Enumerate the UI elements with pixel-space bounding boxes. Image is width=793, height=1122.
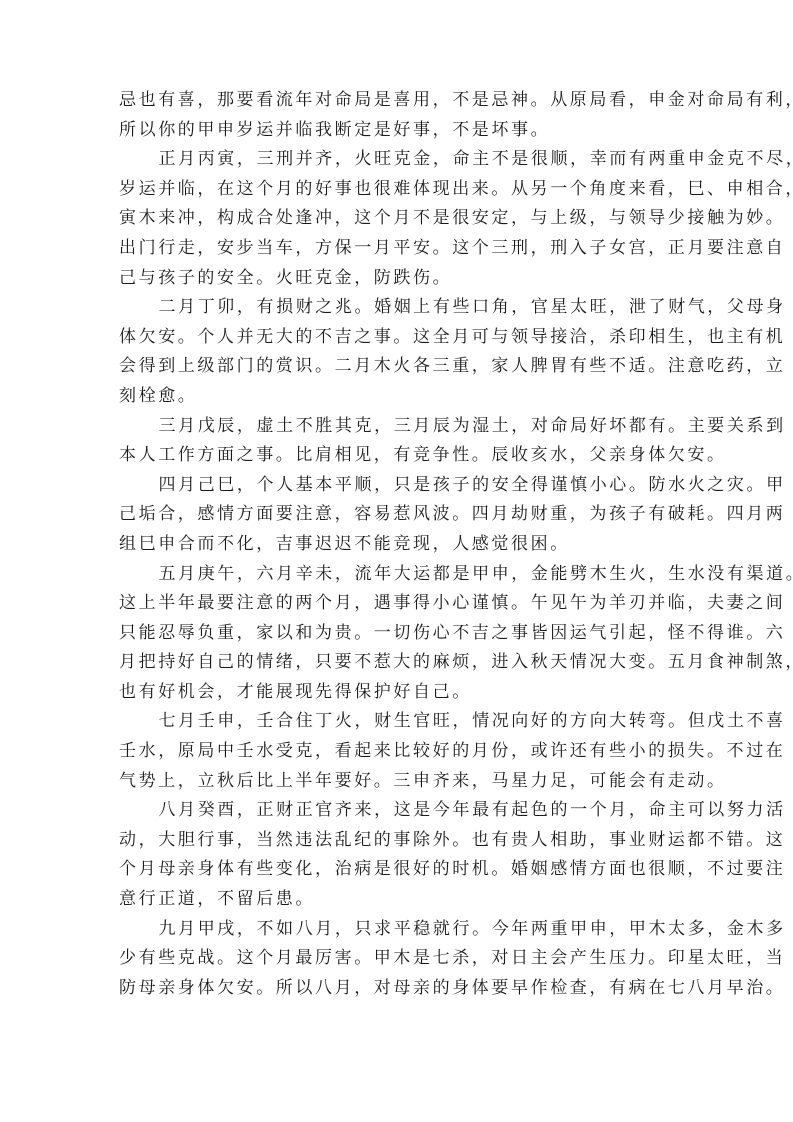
- text-line: 四月己巳，个人基本平顺，只是孩子的安全得谨慎小心。防水火之灾。甲: [119, 471, 679, 501]
- text-line: 少有些克战。这个月最厉害。甲木是七杀，对日主会产生压力。印星太旺，当: [119, 944, 679, 974]
- text-line: 只能忍辱负重，家以和为贵。一切伤心不吉之事皆因运气引起，怪不得谁。六: [119, 619, 679, 649]
- paragraph: 七月壬申，壬合住丁火，财生官旺，情况向好的方向大转弯。但戊土不喜 壬水，原局中壬…: [119, 707, 679, 796]
- document-page: 忌也有喜，那要看流年对命局是喜用，不是忌神。从原局看，申金对命局有利， 所以你的…: [0, 0, 793, 1122]
- text-line: 八月癸酉，正财正官齐来，这是今年最有起色的一个月，命主可以努力活: [119, 796, 679, 826]
- text-line: 会得到上级部门的赏识。二月木火各三重，家人脾胃有些不适。注意吃药，立: [119, 352, 679, 382]
- paragraph: 正月丙寅，三刑并齐，火旺克金，命主不是很顺，幸而有两重申金克不尽， 岁运并临，在…: [119, 145, 679, 293]
- text-line: 这上半年最要注意的两个月，遇事得小心谨慎。午见午为羊刃并临，夫妻之间: [119, 589, 679, 619]
- text-line: 意行正道，不留后患。: [119, 885, 679, 915]
- text-line: 体欠安。个人并无大的不吉之事。这全月可与领导接洽，杀印相生，也主有机: [119, 323, 679, 353]
- text-line: 三月戊辰，虚土不胜其克，三月辰为湿土，对命局好坏都有。主要关系到: [119, 412, 679, 442]
- text-line: 组巳申合而不化，吉事迟迟不能竞现，人感觉很困。: [119, 530, 679, 560]
- text-line: 出门行走，安步当车，方保一月平安。这个三刑，刑入子女宫，正月要注意自: [119, 234, 679, 264]
- text-line: 月把持好自己的情绪，只要不惹大的麻烦，进入秋天情况大变。五月食神制煞，: [119, 648, 679, 678]
- paragraph: 三月戊辰，虚土不胜其克，三月辰为湿土，对命局好坏都有。主要关系到 本人工作方面之…: [119, 412, 679, 471]
- paragraph: 四月己巳，个人基本平顺，只是孩子的安全得谨慎小心。防水火之灾。甲 己垢合，感情方…: [119, 471, 679, 560]
- paragraph: 九月甲戌，不如八月，只求平稳就行。今年两重甲申，甲木太多，金木多 少有些克战。这…: [119, 915, 679, 1004]
- text-line: 所以你的甲申岁运并临我断定是好事，不是坏事。: [119, 116, 679, 146]
- text-line: 气势上，立秋后比上半年要好。三申齐来，马星力足，可能会有走动。: [119, 767, 679, 797]
- text-line: 寅木来冲，构成合处逢冲，这个月不是很安定，与上级，与领导少接触为妙。: [119, 204, 679, 234]
- text-line: 己垢合，感情方面要注意，容易惹风波。四月劫财重，为孩子有破耗。四月两: [119, 500, 679, 530]
- text-line: 二月丁卯，有损财之兆。婚姻上有些口角，官星太旺，泄了财气，父母身: [119, 293, 679, 323]
- text-line: 七月壬申，壬合住丁火，财生官旺，情况向好的方向大转弯。但戊土不喜: [119, 707, 679, 737]
- text-line: 忌也有喜，那要看流年对命局是喜用，不是忌神。从原局看，申金对命局有利，: [119, 86, 679, 116]
- text-line: 个月母亲身体有些变化，治病是很好的时机。婚姻感情方面也很顺，不过要注: [119, 855, 679, 885]
- text-line: 己与孩子的安全。火旺克金，防跌伤。: [119, 264, 679, 294]
- text-line: 动，大胆行事，当然违法乱纪的事除外。也有贵人相助，事业财运都不错。这: [119, 826, 679, 856]
- text-line: 五月庚午，六月辛未，流年大运都是甲申，金能劈木生火，生水没有渠道。: [119, 560, 679, 590]
- text-line: 正月丙寅，三刑并齐，火旺克金，命主不是很顺，幸而有两重申金克不尽，: [119, 145, 679, 175]
- paragraph: 忌也有喜，那要看流年对命局是喜用，不是忌神。从原局看，申金对命局有利， 所以你的…: [119, 86, 679, 145]
- text-line: 本人工作方面之事。比肩相见，有竞争性。辰收亥水，父亲身体欠安。: [119, 441, 679, 471]
- text-line: 岁运并临，在这个月的好事也很难体现出来。从另一个角度来看，巳、申相合，: [119, 175, 679, 205]
- paragraph: 二月丁卯，有损财之兆。婚姻上有些口角，官星太旺，泄了财气，父母身 体欠安。个人并…: [119, 293, 679, 411]
- text-line: 九月甲戌，不如八月，只求平稳就行。今年两重甲申，甲木太多，金木多: [119, 915, 679, 945]
- document-body: 忌也有喜，那要看流年对命局是喜用，不是忌神。从原局看，申金对命局有利， 所以你的…: [119, 86, 679, 1003]
- paragraph: 八月癸酉，正财正官齐来，这是今年最有起色的一个月，命主可以努力活 动，大胆行事，…: [119, 796, 679, 914]
- text-line: 壬水，原局中壬水受克，看起来比较好的月份，或许还有些小的损失。不过在: [119, 737, 679, 767]
- text-line: 防母亲身体欠安。所以八月，对母亲的身体要早作检查，有病在七八月早治。: [119, 974, 679, 1004]
- text-line: 刻栓愈。: [119, 382, 679, 412]
- text-line: 也有好机会，才能展现先得保护好自己。: [119, 678, 679, 708]
- paragraph: 五月庚午，六月辛未，流年大运都是甲申，金能劈木生火，生水没有渠道。 这上半年最要…: [119, 560, 679, 708]
